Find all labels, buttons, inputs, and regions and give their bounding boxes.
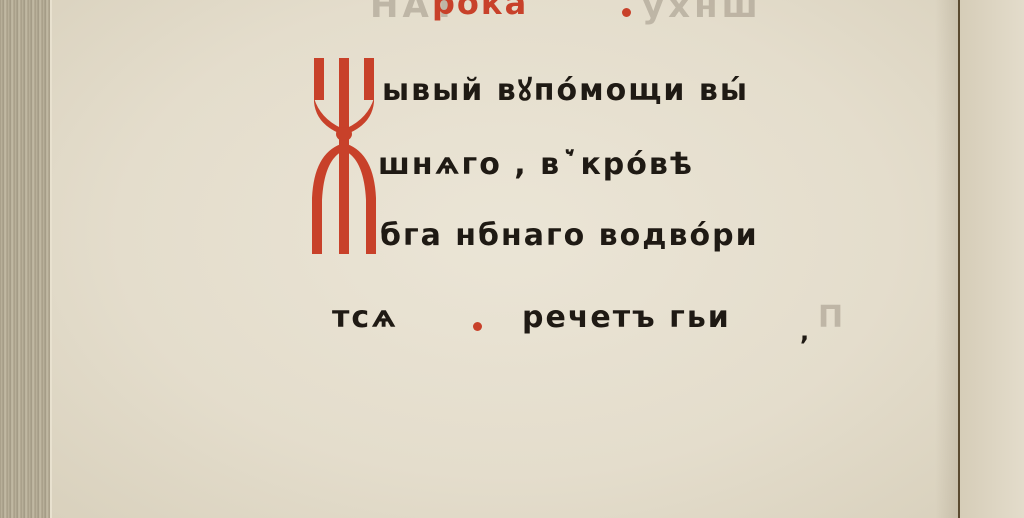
text-line-4-continuation: речетъ гьи [522, 300, 731, 335]
text-line-2: шнѧго , вꙿкро́вѣ [378, 142, 694, 183]
initial-letter-zhe [308, 58, 380, 254]
header-fragment: рока [432, 0, 528, 22]
bleed-through-text: ухнш [642, 0, 762, 26]
trailing-mark: , [800, 318, 811, 346]
text-line-1: ывый вꙋпо́мощи вы́ [382, 68, 749, 109]
facing-page [960, 0, 1024, 518]
text-line-3: бга нбнаго водво́ри [380, 218, 759, 253]
red-punctuation [622, 8, 631, 17]
red-stop-dot [473, 322, 482, 331]
gutter-shadow [935, 0, 960, 518]
bleed-through-mark: П [818, 300, 847, 335]
text-line-4: тсѧ [332, 300, 398, 335]
page-edges [0, 0, 52, 518]
